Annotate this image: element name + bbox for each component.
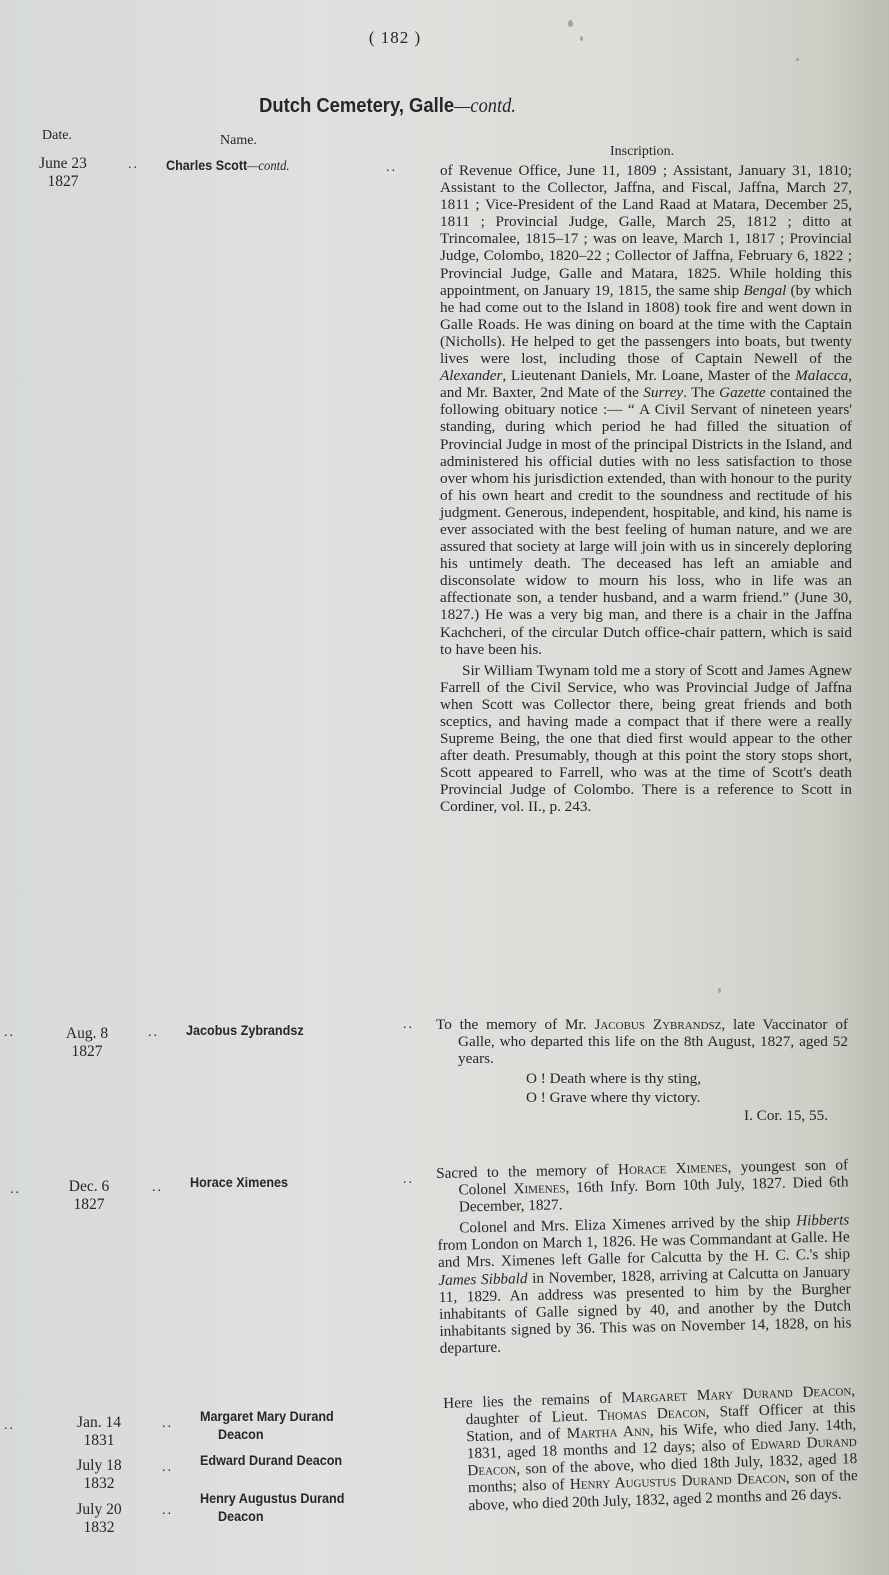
citation: I. Cor. 15, 55.	[436, 1107, 848, 1124]
leader-dots: ..	[403, 1172, 414, 1188]
leader-dots: ..	[4, 1025, 15, 1041]
book-page: ( 182 ) Dutch Cemetery, Galle—contd. Dat…	[0, 0, 889, 1575]
leader-dots: ..	[152, 1180, 163, 1196]
entry-date: July 201832	[64, 1501, 134, 1537]
page-number: ( 182 )	[0, 28, 790, 48]
leader-dots: ..	[386, 160, 397, 176]
foxing-spot	[796, 58, 799, 61]
inscription-text: Here lies the remains of Margaret Mary D…	[443, 1382, 859, 1515]
verse: O ! Death where is thy sting, O ! Grave …	[436, 1069, 848, 1107]
leader-dots: ..	[10, 1182, 21, 1198]
column-header-name: Name.	[220, 133, 257, 149]
entry-name: Jacobus Zybrandsz	[186, 1021, 304, 1039]
inscription-text: Sacred to the memory of Horace Ximenes, …	[436, 1156, 852, 1357]
foxing-spot	[580, 36, 583, 41]
entry-date: Aug. 81827	[52, 1025, 122, 1061]
entry-name: Charles Scott—contd.	[166, 156, 290, 176]
inscription-text: of Revenue Office, June 11, 1809 ; Assis…	[440, 162, 852, 816]
title-text: Dutch Cemetery, Galle	[259, 95, 454, 117]
leader-dots: ..	[162, 1416, 173, 1432]
title-suffix: —contd.	[454, 95, 516, 117]
page-title: Dutch Cemetery, Galle—contd.	[31, 95, 744, 118]
entry-name: Henry Augustus DurandDeacon	[200, 1489, 344, 1525]
leader-dots: ..	[128, 157, 139, 173]
column-header-date: Date.	[42, 128, 72, 144]
leader-dots: ..	[162, 1503, 173, 1519]
entry-date: Dec. 61827	[54, 1178, 124, 1214]
entry-date: July 181832	[64, 1457, 134, 1493]
leader-dots: ..	[162, 1460, 173, 1476]
foxing-spot	[568, 20, 573, 27]
leader-dots: ..	[148, 1025, 159, 1041]
inscription-text: To the memory of Mr. Jacobus Zybrandsz, …	[436, 1016, 848, 1124]
foxing-spot	[718, 988, 721, 993]
leader-dots: ..	[4, 1418, 15, 1434]
entry-name: Margaret Mary DurandDeacon	[200, 1407, 334, 1443]
entry-date: June 231827	[28, 155, 98, 191]
entry-date: Jan. 141831	[64, 1414, 134, 1450]
entry-name: Horace Ximenes	[190, 1173, 288, 1191]
leader-dots: ..	[403, 1017, 414, 1033]
entry-name: Edward Durand Deacon	[200, 1451, 342, 1469]
column-header-inscription: Inscription.	[610, 144, 674, 160]
